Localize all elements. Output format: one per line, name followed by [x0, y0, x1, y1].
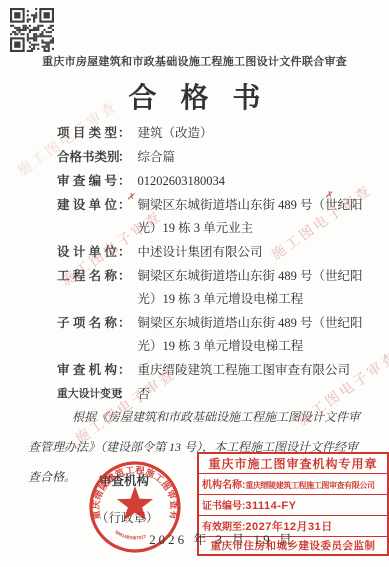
field-label: 子项名称 — [57, 312, 117, 335]
stamp-title: 重庆市施工图审查机构专用章 — [199, 454, 387, 473]
field-value: 01202603180034 — [138, 170, 380, 193]
field-row-certificate-category: 合格书类别： 综合篇 — [0, 146, 389, 169]
field-label: 合格书类别 — [57, 146, 117, 169]
colon: ： — [118, 122, 131, 145]
qr-code-icon — [10, 8, 54, 52]
field-value: 铜梁区东城街道塔山东街 489 号（世纪阳光）19 栋 3 单元业主 — [138, 194, 380, 240]
field-value: 铜梁区东城街道塔山东街 489 号（世纪阳光）19 栋 3 单元增设电梯工程 — [138, 265, 380, 311]
stamp-row-value: 31114-FY — [245, 500, 296, 512]
stamp-row-agency-name: 机构名称:重庆缙陵建筑工程施工图审查有限公司 — [199, 473, 387, 494]
field-label: 项目类型 — [57, 122, 117, 145]
field-label: 建设单位 — [57, 194, 117, 217]
stamp-row-label: 证书编号: — [202, 501, 245, 512]
stamp-row-value: 重庆缙陵建筑工程施工图审查有限公司 — [245, 481, 374, 490]
colon: ： — [118, 146, 131, 169]
field-list: 项目类型： 建筑（改造） 合格书类别： 综合篇 审查编号： 0120260318… — [0, 122, 389, 407]
page-title: 合格书 — [0, 76, 389, 116]
stamp-row-label: 机构名称: — [202, 480, 245, 491]
field-label: 设计单位 — [57, 241, 117, 264]
colon: ： — [118, 241, 131, 264]
field-value: 综合篇 — [138, 146, 380, 169]
field-row-review-agency: 审查机构： 重庆缙陵建筑工程施工图审查有限公司 — [0, 359, 389, 382]
issue-date: 2026 年 3 月 19 日 — [0, 529, 389, 548]
field-value: 中述设计集团有限公司 — [138, 241, 380, 264]
field-row-design-unit: 设计单位： 中述设计集团有限公司 — [0, 241, 389, 264]
colon: ： — [118, 312, 131, 335]
colon: ： — [118, 170, 131, 193]
field-value: 铜梁区东城街道塔山东街 489 号（世纪阳光）19 栋 3 单元增设电梯工程 — [138, 312, 380, 358]
colon: ： — [118, 265, 131, 288]
document-header: 重庆市房屋建筑和市政基础设施工程施工图设计文件联合审查 — [0, 53, 389, 69]
seal-star-icon — [117, 486, 153, 520]
field-label: 工程名称 — [57, 265, 117, 288]
colon: ： — [118, 359, 131, 382]
field-row-project-type: 项目类型： 建筑（改造） — [0, 122, 389, 145]
field-label: 审查机构 — [57, 359, 117, 382]
field-row-subitem-name: 子项名称： 铜梁区东城街道塔山东街 489 号（世纪阳光）19 栋 3 单元增设… — [0, 312, 389, 358]
field-label: 审查编号 — [57, 170, 117, 193]
field-value: 建筑（改造） — [138, 122, 380, 145]
certificate-page: 重庆市房屋建筑和市政基础设施工程施工图设计文件联合审查 合格书 项目类型： 建筑… — [0, 0, 389, 567]
stamp-row-certificate-number: 证书编号:31114-FY — [199, 494, 387, 515]
field-value: 重庆缙陵建筑工程施工图审查有限公司 — [138, 359, 380, 382]
field-row-project-name: 工程名称： 铜梁区东城街道塔山东街 489 号（世纪阳光）19 栋 3 单元增设… — [0, 265, 389, 311]
